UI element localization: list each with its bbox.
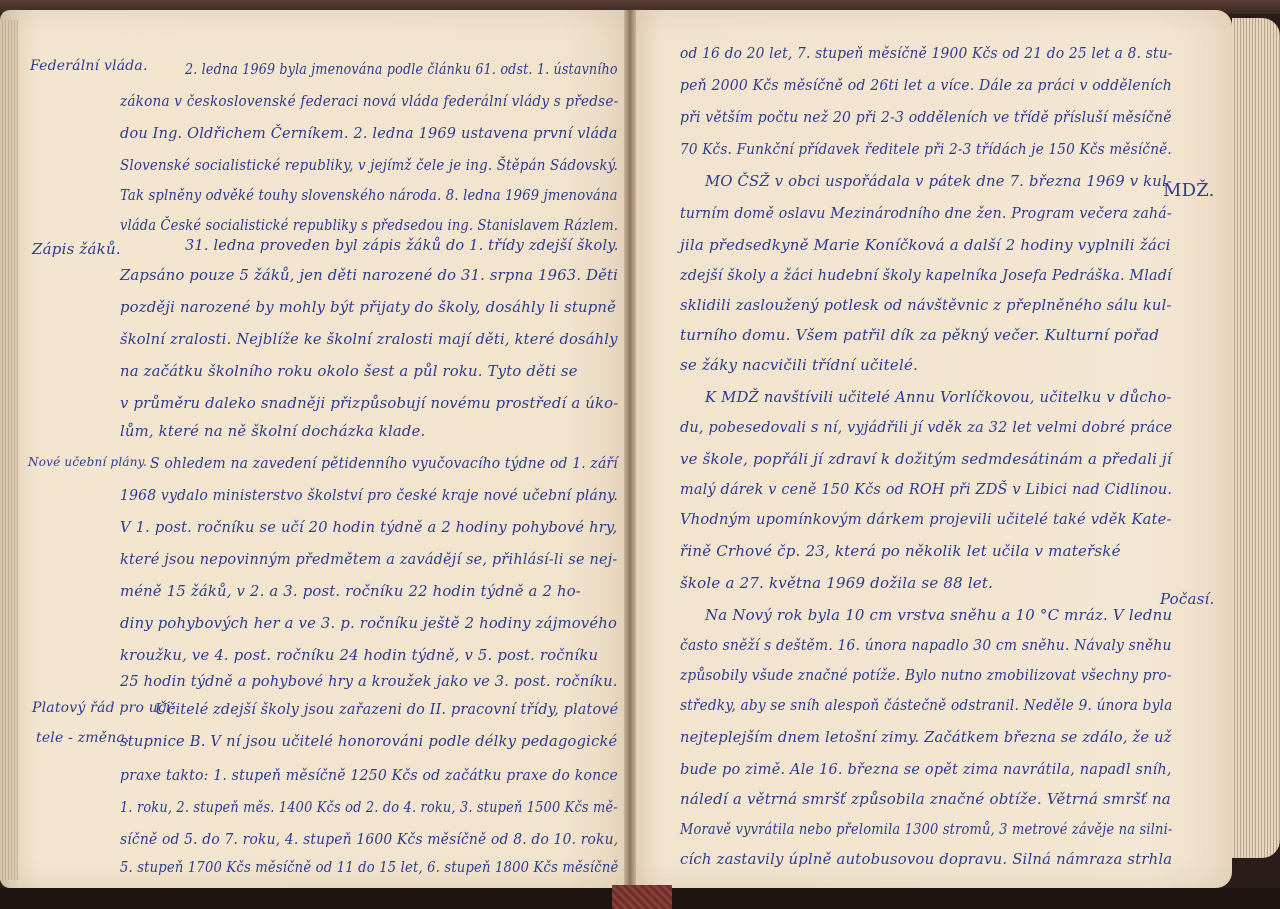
text-line: praxe takto: 1. stupeň měsíčně 1250 Kčs … [120, 766, 594, 784]
text-line: cích zastavily úplně autobusovou dopravu… [680, 850, 1164, 868]
text-line: Vhodným upomínkovým dárkem projevili uči… [680, 510, 1158, 528]
text-line: K MDŽ navštívili učitelé Annu Vorlíčkovo… [705, 388, 1172, 406]
margin-note-pupil-enrollment: Zápis žáků. [32, 240, 121, 258]
text-line: se žáky nacvičili třídní učitelé. [680, 356, 1170, 374]
text-line: škole a 27. května 1969 dožila se 88 let… [680, 574, 1170, 592]
text-line: náledí a větrná smršť způsobila značné o… [680, 790, 1170, 808]
text-line: zdejší školy a žáci hudební školy kapeln… [680, 266, 1146, 284]
text-line: diny pohybových her a ve 3. p. ročníku j… [120, 614, 618, 632]
text-line: často sněží s deštěm. 16. února napadlo … [680, 636, 1133, 654]
text-line: du, pobesedovali s ní, vyjádřili jí vděk… [680, 418, 1151, 436]
text-line: 1968 vydalo ministerstvo školství pro če… [120, 486, 590, 504]
text-line: 70 Kčs. Funkční přídavek ředitele při 2-… [680, 140, 1125, 158]
text-line: 1. roku, 2. stupeň měs. 1400 Kčs od 2. d… [120, 798, 556, 816]
book-gutter [624, 10, 636, 888]
text-line: 5. stupeň 1700 Kčs měsíčně od 11 do 15 l… [120, 858, 563, 876]
text-line: síčně od 5. do 7. roku, 4. stupeň 1600 K… [120, 830, 587, 848]
text-line: S ohledem na zavedení pětidenního vyučov… [150, 454, 618, 472]
text-line: školní zralosti. Nejblíže ke školní zral… [120, 330, 613, 348]
left-page-edges [0, 20, 18, 880]
text-line: na začátku školního roku okolo šest a pů… [120, 362, 618, 380]
text-line: řině Crhové čp. 23, která po několik let… [680, 542, 1170, 560]
text-line: nejteplejším dnem letošní zimy. Začátkem… [680, 728, 1159, 746]
text-line: V 1. post. ročníku se učí 20 hodin týdně… [120, 518, 613, 536]
text-line: malý dárek v ceně 150 Kčs od ROH při ZDŠ… [680, 480, 1151, 498]
text-line: při větším počtu než 20 při 2-3 oddělení… [680, 108, 1137, 126]
text-line: Moravě vyvrátila nebo přelomila 1300 str… [680, 820, 1105, 838]
text-line: kroužku, ve 4. post. ročníku 24 hodin tý… [120, 646, 618, 664]
margin-note-new-curricula: Nové učební plány. [28, 455, 147, 469]
text-line: bude po zimě. Ale 16. března se opět zim… [680, 760, 1153, 778]
text-line: v průměru daleko snadněji přizpůsobují n… [120, 394, 618, 412]
text-line: Tak splněny odvěké touhy slovenského nár… [120, 186, 563, 204]
text-line: Zapsáno pouze 5 žáků, jen děti narozené … [120, 266, 616, 284]
text-line: sklidili zasloužený potlesk od návštěvni… [680, 296, 1159, 314]
text-line: Učitelé zdejší školy jsou zařazeni do II… [155, 700, 618, 718]
text-line: turním domě oslavu Mezinárodního dne žen… [680, 204, 1140, 222]
text-line: méně 15 žáků, v 2. a 3. post. ročníku 22… [120, 582, 618, 600]
margin-note-federal-government: Federální vláda. [30, 58, 148, 74]
text-line: Na Nový rok byla 10 cm vrstva sněhu a 10… [705, 606, 1172, 624]
text-line: ve škole, popřáli jí zdraví k dožitým se… [680, 450, 1169, 468]
text-line: Slovenské socialistické republiky, v jej… [120, 156, 571, 174]
text-line: od 16 do 20 let, 7. stupeň měsíčně 1900 … [680, 44, 1131, 62]
bookmark-ribbon [612, 885, 672, 909]
margin-note-salary-regulation-cont: tele - změna. [36, 730, 130, 746]
text-line: stupnice B. V ní jsou učitelé honorováni… [120, 732, 614, 750]
text-line: peň 2000 Kčs měsíčně od 26ti let a více.… [680, 76, 1138, 94]
text-line: později narozené by mohly být přijaty do… [120, 298, 618, 316]
text-line: zákona v československé federaci nová vl… [120, 92, 579, 110]
text-line: MO ČSŽ v obci uspořádala v pátek dne 7. … [705, 172, 1172, 190]
text-line: vláda České socialistické republiky s př… [120, 216, 557, 234]
text-line: 25 hodin týdně a pohybové hry a kroužek … [120, 672, 608, 690]
text-line: způsobily všude značné potíže. Bylo nutn… [680, 666, 1129, 684]
text-line: které jsou nepovinným předmětem a zavádě… [120, 550, 606, 568]
text-line: turního domu. Všem patřil dík za pěkný v… [680, 326, 1170, 344]
text-line: dou Ing. Oldřichem Černíkem. 2. ledna 19… [120, 124, 607, 142]
text-line: středky, aby se sníh alespoň částečně od… [680, 696, 1127, 714]
text-line: jila předsedkyně Marie Koníčková a další… [680, 236, 1170, 254]
text-line: 31. ledna proveden byl zápis žáků do 1. … [185, 236, 619, 254]
right-page-edges [1232, 18, 1280, 858]
text-line: lům, které na ně školní docházka klade. [120, 422, 618, 440]
text-line: 2. ledna 1969 byla jmenována podle článk… [185, 60, 618, 78]
